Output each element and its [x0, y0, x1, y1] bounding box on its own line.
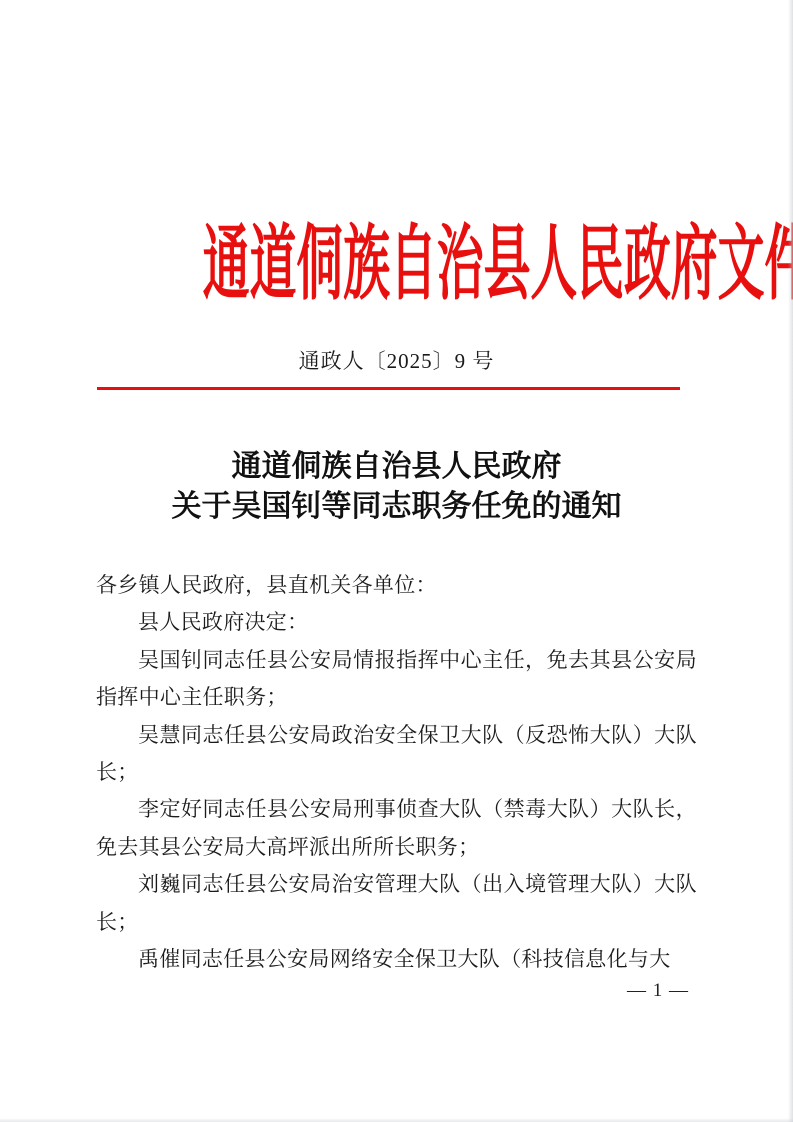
body-paragraph: 县人民政府决定：: [96, 604, 697, 641]
salutation: 各乡镇人民政府，县直机关各单位：: [96, 567, 697, 604]
letterhead-title-text: 通道侗族自治县人民政府文件: [203, 221, 793, 307]
letterhead-title: 通道侗族自治县人民政府文件: [0, 223, 793, 309]
body-paragraph: 刘巍同志任县公安局治安管理大队（出入境管理大队）大队长；: [96, 866, 697, 941]
notice-title-line1: 通道侗族自治县人民政府: [0, 447, 793, 487]
letterhead-divider: [97, 387, 680, 390]
body-paragraph: 李定好同志任县公安局刑事侦查大队（禁毒大队）大队长，免去其县公安局大高坪派出所所…: [96, 791, 697, 866]
body-paragraph: 吴慧同志任县公安局政治安全保卫大队（反恐怖大队）大队长；: [96, 717, 697, 792]
body-paragraph: 禹催同志任县公安局网络安全保卫大队（科技信息化与大: [96, 941, 697, 978]
document-page: 通道侗族自治县人民政府文件 通政人〔2025〕9 号 通道侗族自治县人民政府 关…: [0, 0, 793, 1122]
scan-edge-right: [788, 0, 793, 1122]
body-paragraph: 吴国钊同志任县公安局情报指挥中心主任，免去其县公安局指挥中心主任职务；: [96, 642, 697, 717]
document-number: 通政人〔2025〕9 号: [0, 345, 793, 375]
notice-title-line2: 关于吴国钊等同志职务任免的通知: [0, 487, 793, 527]
notice-title: 通道侗族自治县人民政府 关于吴国钊等同志职务任免的通知: [0, 447, 793, 527]
document-body: 各乡镇人民政府，县直机关各单位： 县人民政府决定： 吴国钊同志任县公安局情报指挥…: [96, 567, 697, 978]
page-number: — 1 —: [627, 980, 689, 1002]
scan-edge-bottom: [0, 1118, 793, 1122]
